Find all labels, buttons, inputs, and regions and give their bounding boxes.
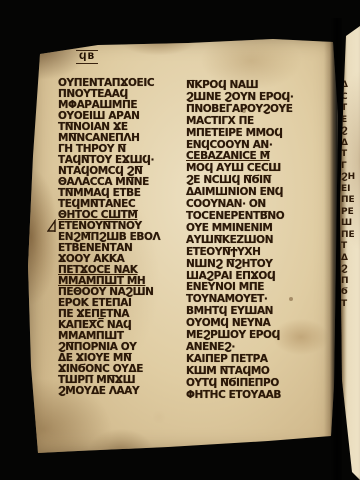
facing-text-fragment: Τ — [341, 299, 355, 311]
text-column-right: Ν̅ΚΡΟϤ ΝΑШϨШΝΕ ϨΟΥΝ ΕΡΟϤ·ΠΝΟΒΕΓΑΡΟΥϨΟΥΕΜ… — [186, 80, 293, 401]
facing-text-fragment: Τ — [341, 241, 355, 253]
manuscript-text-line: ΜΑCΤΙΓΧ ΠΕ — [186, 116, 293, 128]
facing-text-fragment: Δ — [341, 253, 355, 265]
facing-text-fragment: ΕΙ — [341, 184, 355, 196]
facing-text-fragment: Ϩ — [341, 126, 355, 138]
facing-text-fragment: Ε — [341, 115, 355, 127]
facing-text-fragment: Τ — [341, 149, 355, 161]
manuscript-text-line: ΝШΝϨ Ν̅ϨΗΤΟΥ — [186, 259, 293, 271]
facing-text-fragment: Ϭ — [341, 287, 355, 299]
facing-text-fragment: Τ — [341, 103, 355, 115]
facing-page-edge: ΔCΤΕϨΔΤΓϨΗΕΙΠΕΡΕШΠΕΤΔϨΠϬΤ — [340, 24, 360, 480]
facing-text-fragment: C — [341, 92, 355, 104]
facing-text-fragment: Ϩ — [341, 264, 355, 276]
manuscript-text-line: ΟΥΕ ΜΜΙΝΕΝΙΜ — [186, 223, 293, 235]
manuscript-text-line: ΠΝΟΒΕΓΑΡΟΥϨΟΥΕ — [186, 104, 293, 116]
facing-text-fragment: ΠΕ — [341, 230, 355, 242]
facing-page-text-fragments: ΔCΤΕϨΔΤΓϨΗΕΙΠΕΡΕШΠΕΤΔϨΠϬΤ — [341, 80, 355, 310]
page-number: ϤΒ — [76, 50, 98, 64]
text-column-left: ΟΥΠΕΝΤΑΠϪΟΕΙCΠΝΟΥΤΕΑΑϤΜΦΑΡΑШΜΠΕΟΥΟΕΙШ ΑΡ… — [58, 78, 160, 397]
manuscript-text-line: ΜΠΕΤΕΙΡΕ ΜΜΟϤ — [186, 128, 293, 140]
manuscript-text-line: ΚΑΙΠΕΡ ΠΕΤΡΑ — [186, 354, 293, 366]
manuscript-text-line: ΦΗΤΗC ΕΤΟΥΑΑΒ — [186, 390, 293, 402]
facing-text-fragment: Π — [341, 276, 355, 288]
facing-text-fragment: Ш — [341, 218, 355, 230]
manuscript-text-line: ΕΤΕΟΥΝ̅ϮΥΧΗ — [186, 247, 293, 259]
manuscript-text-line: ΚШΜ Ν̅ΤΑϤΜΟ — [186, 366, 293, 378]
facing-text-fragment: ΠΕ — [341, 195, 355, 207]
manuscript-page: ϤΒ ΟΥΠΕΝΤΑΠϪΟΕΙCΠΝΟΥΤΕΑΑϤΜΦΑΡΑШΜΠΕΟΥΟΕΙШ… — [28, 36, 338, 454]
facing-text-fragment: Γ — [341, 161, 355, 173]
binding-gutter-shadow — [330, 18, 342, 480]
manuscript-text-line: ΟΥΤϤ Ν̅ϬΙΠΕΠΡΟ — [186, 378, 293, 390]
manuscript-text-line: ΑΥШΝ̅ΚΕΖШΟΝ — [186, 235, 293, 247]
facing-text-fragment: Δ — [341, 80, 355, 92]
paragraphus-flag-icon — [47, 219, 57, 233]
parchment-stain-specks — [38, 46, 40, 48]
facing-text-fragment: ϨΗ — [341, 172, 355, 184]
manuscript-text-line: ϨΜΟΥΔΕ ΛΑΑΥ — [58, 386, 160, 397]
facing-text-fragment: Δ — [341, 138, 355, 150]
manuscript-photo: ϤΒ ΟΥΠΕΝΤΑΠϪΟΕΙCΠΝΟΥΤΕΑΑϤΜΦΑΡΑШΜΠΕΟΥΟΕΙШ… — [0, 0, 360, 480]
facing-text-fragment: ΡΕ — [341, 207, 355, 219]
